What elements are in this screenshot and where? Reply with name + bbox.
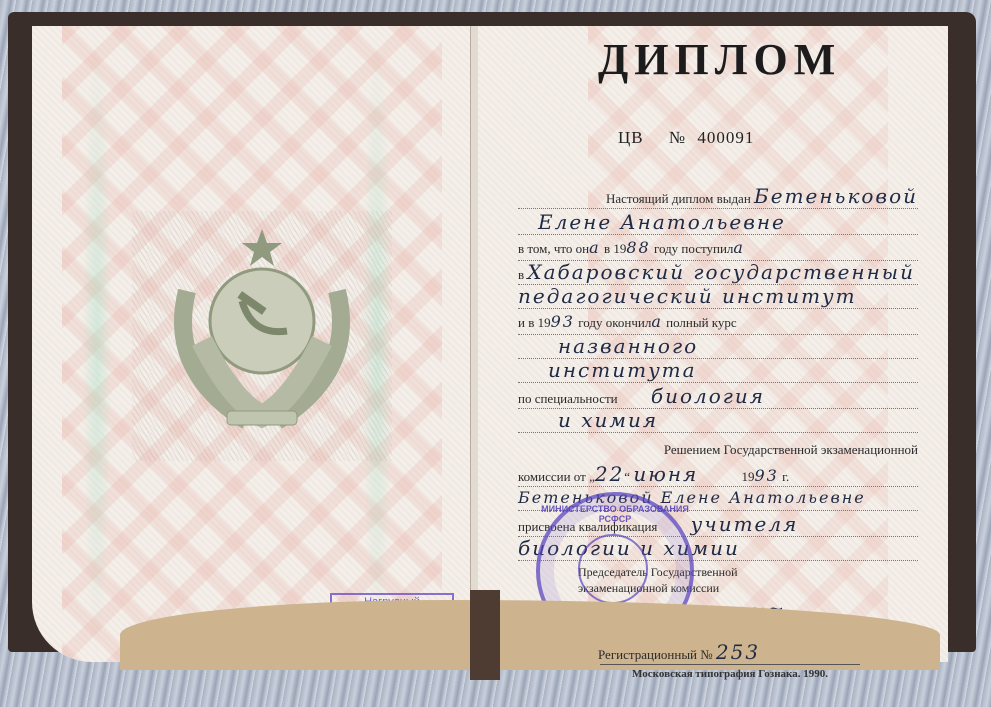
label: г. <box>782 469 789 484</box>
seal-emblem-icon <box>578 534 648 604</box>
graduated-line: и в 1993 году окончила полный курс <box>518 310 918 335</box>
document-title: ДИПЛОМ <box>598 34 818 85</box>
label: Решением Государственной экзаменационной <box>664 442 918 457</box>
specialty: и химия <box>558 408 658 432</box>
issued-label: Настоящий диплом выдан <box>606 191 751 206</box>
course-line-1: названного <box>518 334 918 359</box>
graduated-year: 93 <box>551 312 575 331</box>
recipient-name: Елене Анатольевне <box>538 210 786 234</box>
label: и в 19 <box>518 315 551 330</box>
seal-text: МИНИСТЕРСТВО ОБРАЗОВАНИЯ РСФСР <box>540 504 690 524</box>
printer-line: Московская типография Гознака. 1990. <box>600 664 860 680</box>
gender-suffix: а <box>651 312 663 331</box>
institution: педагогический институт <box>518 284 857 308</box>
decision-day: 22 <box>595 462 624 486</box>
series: ЦВ <box>618 128 644 147</box>
number-label: № <box>669 128 686 147</box>
course: названного <box>558 334 698 358</box>
specialty: биология <box>651 384 765 408</box>
worn-spine <box>470 590 500 680</box>
enrolled-year: 88 <box>626 238 650 257</box>
left-page: Нагрудный академический <box>32 26 470 662</box>
label: Регистрационный № <box>598 647 713 662</box>
gender-suffix: а <box>589 238 601 257</box>
label: в том, что он <box>518 241 589 256</box>
decision-line: Решением Государственной экзаменационной <box>518 438 918 462</box>
institution-line-1: в Хабаровский государственный <box>518 260 918 285</box>
gender-suffix: а <box>733 238 745 257</box>
label: 19 <box>741 469 754 484</box>
course-line-2: института <box>518 358 918 383</box>
specialty-line-2: и химия <box>518 408 918 433</box>
ussr-coat-of-arms-icon <box>157 221 367 446</box>
decorative-band <box>82 26 112 662</box>
enrolled-line: в том, что она в 1988 году поступила <box>518 236 918 261</box>
commission-date-line: комиссии от „22“ июня 1993 г. <box>518 462 918 487</box>
qualification: учителя <box>691 512 799 536</box>
label: по специальности <box>518 391 618 406</box>
label: году поступил <box>654 241 733 256</box>
specialty-line-1: по специальности биология <box>518 384 918 409</box>
label: полный курс <box>666 315 737 330</box>
label: году окончил <box>578 315 651 330</box>
label: в <box>518 267 524 282</box>
label: комиссии от <box>518 469 586 484</box>
institution: Хабаровский государственный <box>527 260 915 284</box>
course: института <box>548 358 697 382</box>
label: в 19 <box>604 241 626 256</box>
decision-month: июня <box>633 462 698 486</box>
serial-number: ЦВ № 400091 <box>618 128 774 148</box>
number: 400091 <box>697 128 754 147</box>
institution-line-2: педагогический институт <box>518 284 918 309</box>
issued-line: Настоящий диплом выдан Бетеньковой <box>518 184 918 209</box>
recipient-name-line: Елене Анатольевне <box>518 210 918 235</box>
decision-year: 93 <box>754 466 778 485</box>
right-page: ДИПЛОМ ЦВ № 400091 Настоящий диплом выда… <box>478 26 948 662</box>
recipient-surname: Бетеньковой <box>754 184 918 208</box>
registration-line: Регистрационный № 253 <box>598 640 760 664</box>
registration-number: 253 <box>716 640 760 664</box>
